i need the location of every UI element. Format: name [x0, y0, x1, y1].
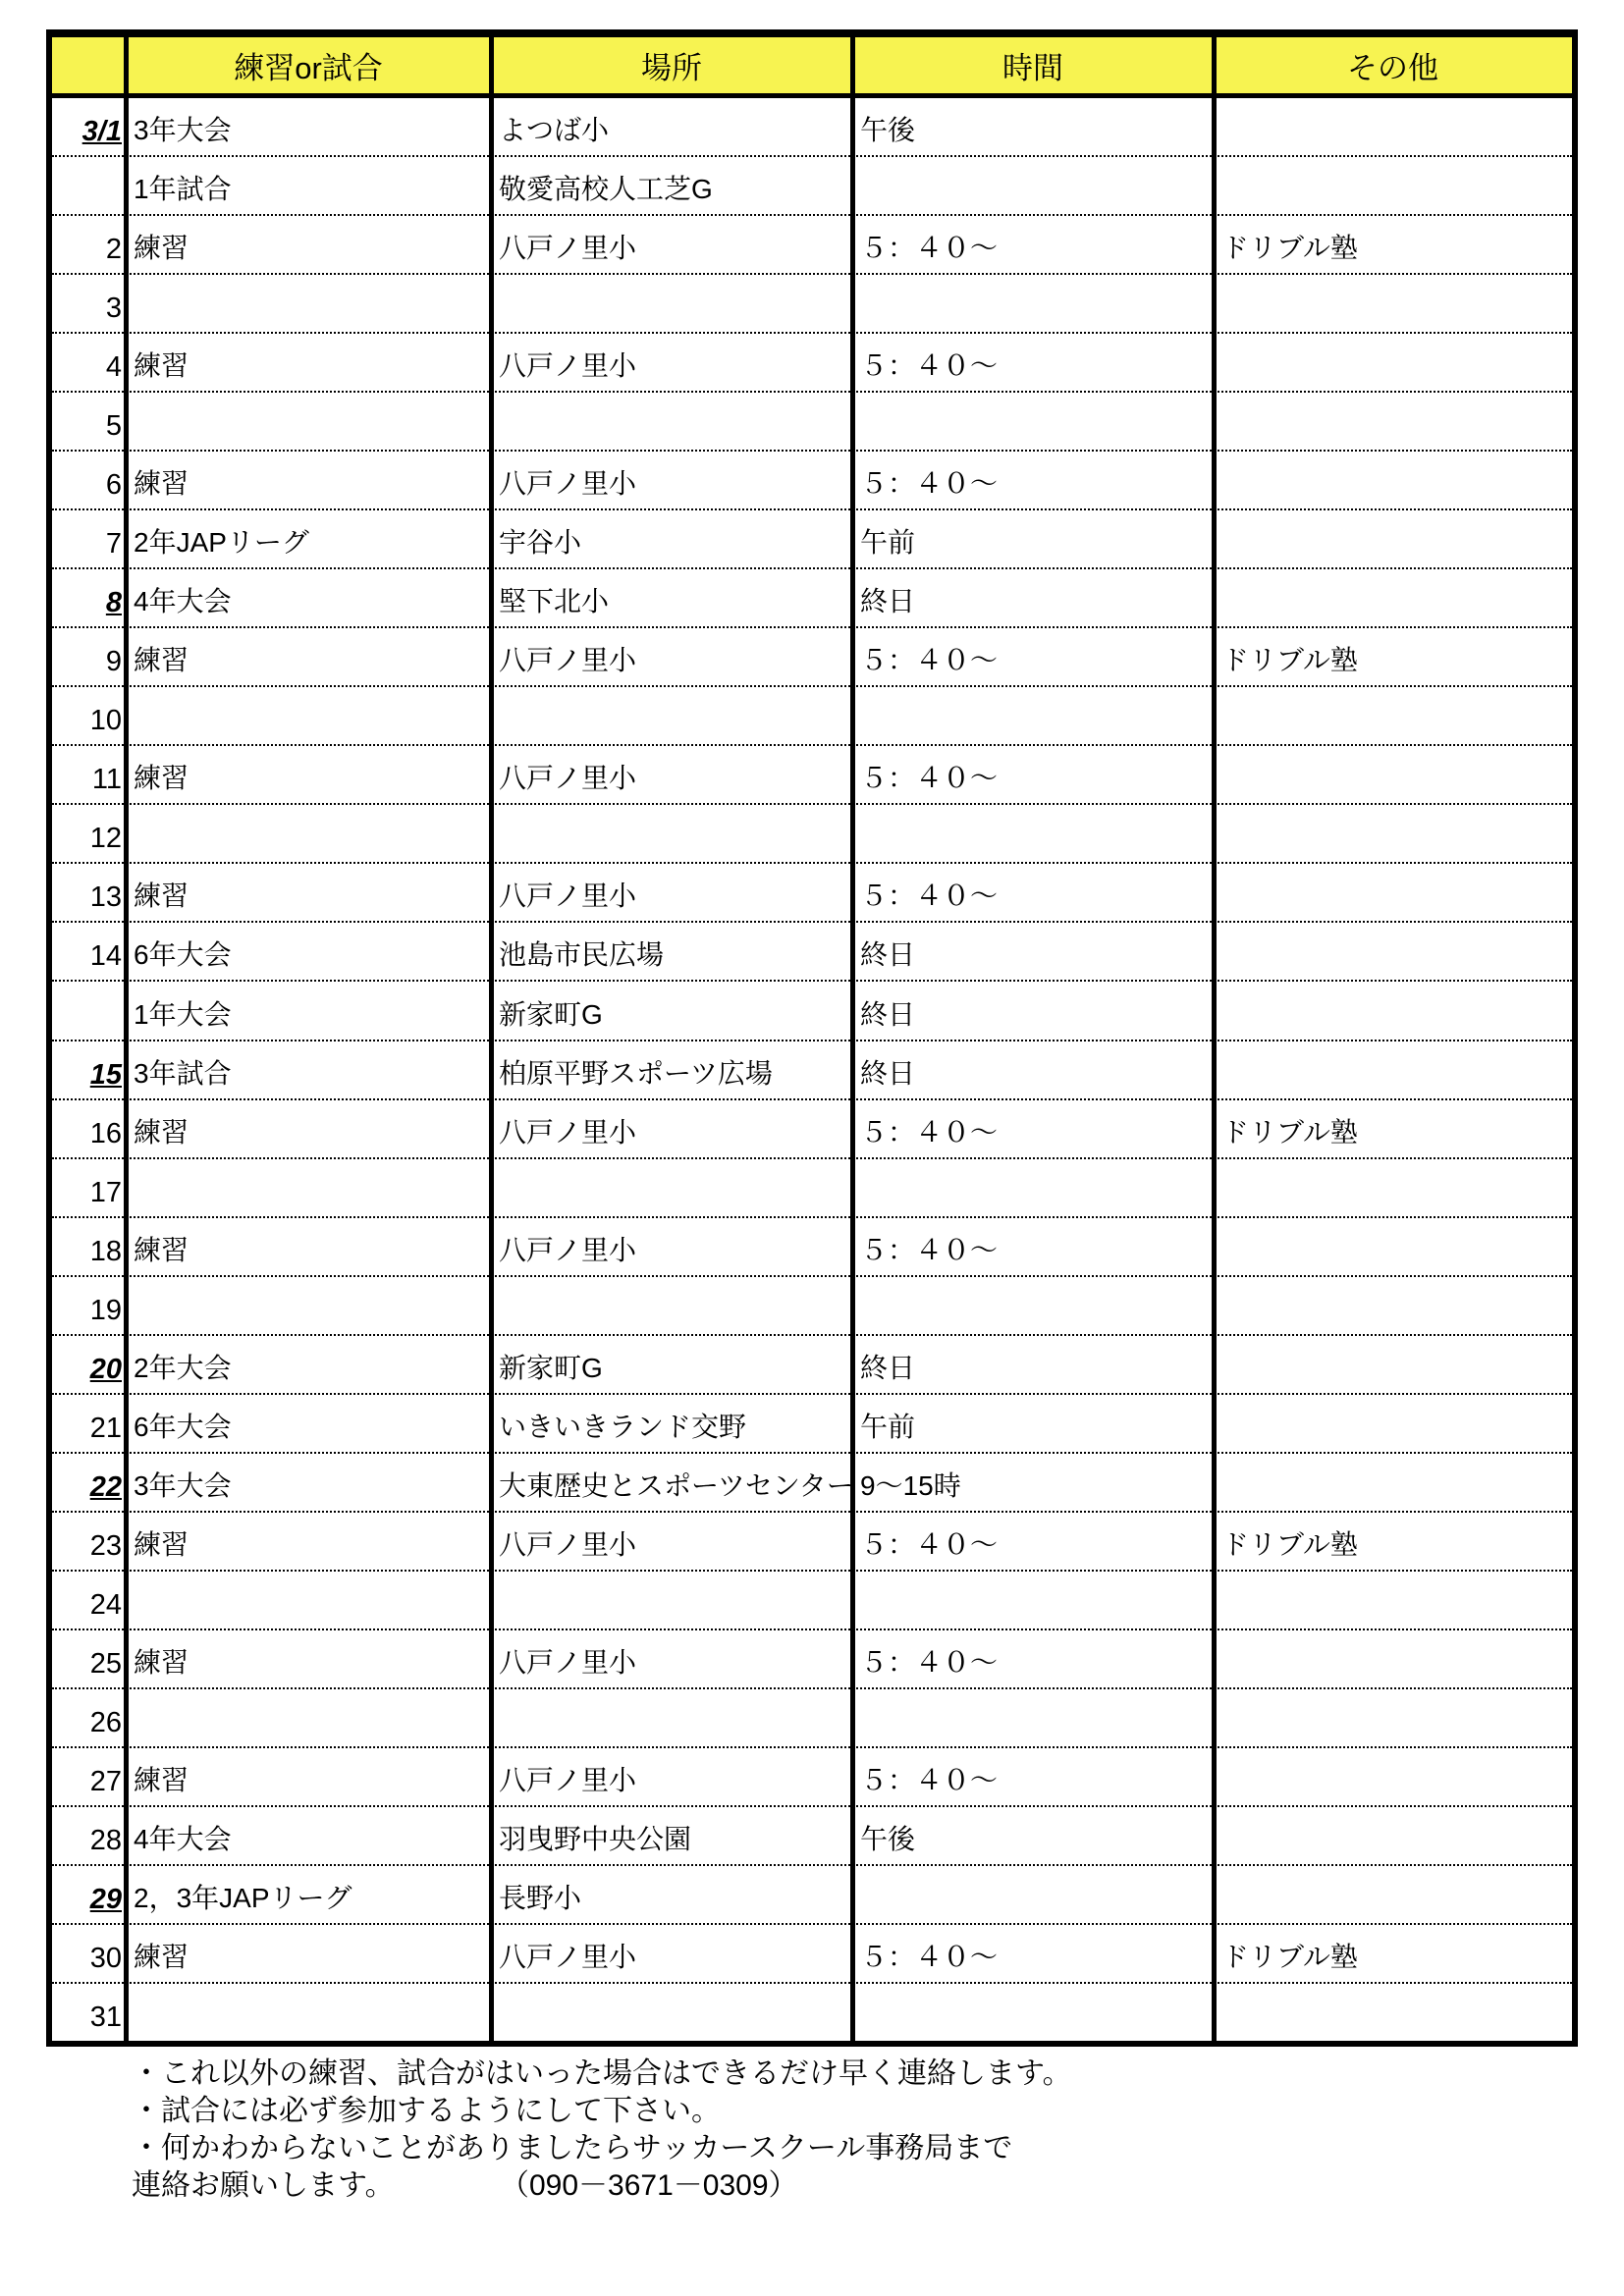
table-row: 12 — [52, 805, 1572, 864]
other-cell — [1214, 1218, 1572, 1275]
header-place-column: 場所 — [491, 37, 852, 93]
table-row: 15 3年試合 柏原平野スポーツ広場 終日 — [52, 1041, 1572, 1100]
other-cell — [1214, 510, 1572, 567]
table-row: 19 — [52, 1277, 1572, 1336]
place-cell: 宇谷小 — [491, 510, 852, 567]
day-cell: 29 — [52, 1866, 126, 1923]
day-cell: 28 — [52, 1807, 126, 1864]
place-cell — [491, 1689, 852, 1746]
table-row: 31 — [52, 1984, 1572, 2041]
footer-note: ・試合には必ず参加するようにして下さい。 — [132, 2093, 1506, 2130]
place-cell: 八戸ノ里小 — [491, 1925, 852, 1982]
time-cell: ５：４０～ — [852, 334, 1214, 391]
table-row: 7 2年JAPリーグ 宇谷小 午前 — [52, 510, 1572, 569]
table-row: 29 2，3年JAPリーグ 長野小 — [52, 1866, 1572, 1925]
table-row: 25 練習 八戸ノ里小 ５：４０～ — [52, 1630, 1572, 1689]
table-row: 1年大会 新家町G 終日 — [52, 982, 1572, 1041]
column-divider — [489, 37, 494, 2041]
place-cell: 新家町G — [491, 1336, 852, 1393]
other-cell — [1214, 1454, 1572, 1511]
column-divider — [850, 37, 855, 2041]
time-cell: ５：４０～ — [852, 1925, 1214, 1982]
table-row: 28 4年大会 羽曳野中央公園 午後 — [52, 1807, 1572, 1866]
table-row: 8 4年大会 堅下北小 終日 — [52, 569, 1572, 628]
place-cell: 大東歴史とスポーツセンター — [491, 1454, 852, 1511]
place-cell: 八戸ノ里小 — [491, 1630, 852, 1687]
place-cell: 八戸ノ里小 — [491, 746, 852, 803]
event-cell: 練習 — [126, 1100, 491, 1157]
day-cell: 2 — [52, 216, 126, 273]
table-row: 3/1 3年大会 よつば小 午後 — [52, 98, 1572, 157]
other-cell: ドリブル塾 — [1214, 216, 1572, 273]
time-cell — [852, 393, 1214, 450]
column-divider — [1212, 37, 1217, 2041]
footer-notes-list: ・これ以外の練習、試合がはいった場合はできるだけ早く連絡します。・試合には必ず参… — [132, 2056, 1506, 2167]
other-cell — [1214, 982, 1572, 1039]
other-cell — [1214, 746, 1572, 803]
day-cell: 3 — [52, 275, 126, 332]
day-cell: 21 — [52, 1395, 126, 1452]
time-cell — [852, 275, 1214, 332]
table-header: 練習or試合 場所 時間 その他 — [52, 37, 1572, 98]
event-cell: 2年JAPリーグ — [126, 510, 491, 567]
footer-note: ・これ以外の練習、試合がはいった場合はできるだけ早く連絡します。 — [132, 2056, 1506, 2093]
table-row: 24 — [52, 1572, 1572, 1630]
other-cell — [1214, 569, 1572, 626]
table-row: 16 練習 八戸ノ里小 ５：４０～ ドリブル塾 — [52, 1100, 1572, 1159]
table-row: 4 練習 八戸ノ里小 ５：４０～ — [52, 334, 1572, 393]
place-cell: 新家町G — [491, 982, 852, 1039]
event-cell — [126, 275, 491, 332]
event-cell: 練習 — [126, 864, 491, 921]
time-cell: ５：４０～ — [852, 1218, 1214, 1275]
other-cell — [1214, 1277, 1572, 1334]
other-cell — [1214, 1041, 1572, 1098]
event-cell — [126, 1277, 491, 1334]
place-cell — [491, 687, 852, 744]
other-cell: ドリブル塾 — [1214, 1925, 1572, 1982]
table-row: 11 練習 八戸ノ里小 ５：４０～ — [52, 746, 1572, 805]
other-cell — [1214, 98, 1572, 155]
place-cell: 八戸ノ里小 — [491, 1513, 852, 1570]
day-cell: 7 — [52, 510, 126, 567]
place-cell: 八戸ノ里小 — [491, 628, 852, 685]
table-row: 3 — [52, 275, 1572, 334]
place-cell: 八戸ノ里小 — [491, 452, 852, 508]
place-cell: 池島市民広場 — [491, 923, 852, 980]
footer-contact-line: 連絡お願いします。 （090－3671－0309） — [132, 2167, 1506, 2205]
other-cell — [1214, 1689, 1572, 1746]
event-cell: 練習 — [126, 746, 491, 803]
day-cell: 16 — [52, 1100, 126, 1157]
table-row: 14 6年大会 池島市民広場 終日 — [52, 923, 1572, 982]
event-cell: 練習 — [126, 1925, 491, 1982]
day-cell: 14 — [52, 923, 126, 980]
event-cell: 6年大会 — [126, 923, 491, 980]
other-cell — [1214, 1572, 1572, 1629]
event-cell — [126, 393, 491, 450]
other-cell — [1214, 1395, 1572, 1452]
header-time-column: 時間 — [852, 37, 1214, 93]
column-divider — [124, 37, 129, 2041]
time-cell: ５：４０～ — [852, 216, 1214, 273]
time-cell: 午後 — [852, 1807, 1214, 1864]
other-cell — [1214, 864, 1572, 921]
other-cell: ドリブル塾 — [1214, 1100, 1572, 1157]
table-row: 10 — [52, 687, 1572, 746]
event-cell: 練習 — [126, 216, 491, 273]
event-cell — [126, 805, 491, 862]
place-cell: 堅下北小 — [491, 569, 852, 626]
place-cell: 八戸ノ里小 — [491, 1100, 852, 1157]
time-cell: ５：４０～ — [852, 1748, 1214, 1805]
day-cell: 15 — [52, 1041, 126, 1098]
place-cell: 八戸ノ里小 — [491, 1748, 852, 1805]
time-cell: ５：４０～ — [852, 864, 1214, 921]
time-cell — [852, 1984, 1214, 2041]
other-cell: ドリブル塾 — [1214, 1513, 1572, 1570]
other-cell — [1214, 1984, 1572, 2041]
event-cell: 練習 — [126, 628, 491, 685]
other-cell — [1214, 275, 1572, 332]
footer-phone-number: （090－3671－0309） — [500, 2167, 798, 2205]
place-cell — [491, 1572, 852, 1629]
table-row: 2 練習 八戸ノ里小 ５：４０～ ドリブル塾 — [52, 216, 1572, 275]
time-cell: 終日 — [852, 923, 1214, 980]
place-cell — [491, 805, 852, 862]
table-row: 9 練習 八戸ノ里小 ５：４０～ ドリブル塾 — [52, 628, 1572, 687]
place-cell: よつば小 — [491, 98, 852, 155]
time-cell: 9～15時 — [852, 1454, 1214, 1511]
table-row: 30 練習 八戸ノ里小 ５：４０～ ドリブル塾 — [52, 1925, 1572, 1984]
day-cell — [52, 982, 126, 1039]
other-cell — [1214, 1630, 1572, 1687]
table-row: 27 練習 八戸ノ里小 ５：４０～ — [52, 1748, 1572, 1807]
day-cell: 18 — [52, 1218, 126, 1275]
day-cell: 26 — [52, 1689, 126, 1746]
event-cell: 3年大会 — [126, 98, 491, 155]
other-cell — [1214, 1807, 1572, 1864]
time-cell — [852, 1159, 1214, 1216]
time-cell: 午後 — [852, 98, 1214, 155]
time-cell: ５：４０～ — [852, 452, 1214, 508]
event-cell: 練習 — [126, 1513, 491, 1570]
time-cell: ５：４０～ — [852, 746, 1214, 803]
day-cell: 8 — [52, 569, 126, 626]
day-cell: 13 — [52, 864, 126, 921]
other-cell — [1214, 393, 1572, 450]
day-cell: 22 — [52, 1454, 126, 1511]
time-cell — [852, 1866, 1214, 1923]
day-cell: 3/1 — [52, 98, 126, 155]
other-cell: ドリブル塾 — [1214, 628, 1572, 685]
day-cell: 11 — [52, 746, 126, 803]
event-cell: 練習 — [126, 1748, 491, 1805]
place-cell: 八戸ノ里小 — [491, 334, 852, 391]
day-cell: 30 — [52, 1925, 126, 1982]
other-cell — [1214, 334, 1572, 391]
time-cell: ５：４０～ — [852, 1513, 1214, 1570]
time-cell: 終日 — [852, 1041, 1214, 1098]
day-cell: 10 — [52, 687, 126, 744]
other-cell — [1214, 1748, 1572, 1805]
place-cell: 八戸ノ里小 — [491, 1218, 852, 1275]
table-row: 17 — [52, 1159, 1572, 1218]
place-cell: 敬愛高校人工芝G — [491, 157, 852, 214]
time-cell: 午前 — [852, 1395, 1214, 1452]
footer-note: ・何かわからないことがありましたらサッカースクール事務局まで — [132, 2130, 1506, 2167]
event-cell: 4年大会 — [126, 569, 491, 626]
schedule-sheet: 練習or試合 場所 時間 その他 3/1 3年大会 よつば小 午後 1年試合 敬… — [0, 0, 1624, 2296]
other-cell — [1214, 923, 1572, 980]
event-cell — [126, 687, 491, 744]
footer-contact-text: 連絡お願いします。 — [132, 2169, 395, 2202]
day-cell: 9 — [52, 628, 126, 685]
place-cell: 羽曳野中央公園 — [491, 1807, 852, 1864]
other-cell — [1214, 687, 1572, 744]
day-cell: 25 — [52, 1630, 126, 1687]
other-cell — [1214, 805, 1572, 862]
other-cell — [1214, 1866, 1572, 1923]
event-cell: 練習 — [126, 334, 491, 391]
event-cell: 3年試合 — [126, 1041, 491, 1098]
footer-notes: ・これ以外の練習、試合がはいった場合はできるだけ早く連絡します。・試合には必ず参… — [132, 2056, 1506, 2205]
schedule-rows: 3/1 3年大会 よつば小 午後 1年試合 敬愛高校人工芝G 2 練習 八戸ノ里… — [52, 98, 1572, 2041]
event-cell: 2年大会 — [126, 1336, 491, 1393]
place-cell — [491, 1159, 852, 1216]
time-cell: 午前 — [852, 510, 1214, 567]
schedule-table: 練習or試合 場所 時間 その他 3/1 3年大会 よつば小 午後 1年試合 敬… — [46, 29, 1578, 2047]
event-cell: 1年試合 — [126, 157, 491, 214]
day-cell: 20 — [52, 1336, 126, 1393]
place-cell: 八戸ノ里小 — [491, 216, 852, 273]
table-row: 1年試合 敬愛高校人工芝G — [52, 157, 1572, 216]
event-cell: 練習 — [126, 1218, 491, 1275]
time-cell: 終日 — [852, 569, 1214, 626]
place-cell — [491, 393, 852, 450]
time-cell — [852, 1689, 1214, 1746]
day-cell: 17 — [52, 1159, 126, 1216]
event-cell: 練習 — [126, 452, 491, 508]
time-cell — [852, 687, 1214, 744]
event-cell — [126, 1689, 491, 1746]
day-cell: 19 — [52, 1277, 126, 1334]
table-row: 23 練習 八戸ノ里小 ５：４０～ ドリブル塾 — [52, 1513, 1572, 1572]
time-cell: ５：４０～ — [852, 628, 1214, 685]
time-cell — [852, 157, 1214, 214]
place-cell — [491, 1277, 852, 1334]
day-cell: 4 — [52, 334, 126, 391]
time-cell — [852, 1572, 1214, 1629]
place-cell — [491, 1984, 852, 2041]
event-cell: 2，3年JAPリーグ — [126, 1866, 491, 1923]
time-cell: 終日 — [852, 982, 1214, 1039]
day-cell: 24 — [52, 1572, 126, 1629]
day-cell: 31 — [52, 1984, 126, 2041]
day-cell: 27 — [52, 1748, 126, 1805]
place-cell: 柏原平野スポーツ広場 — [491, 1041, 852, 1098]
day-cell: 12 — [52, 805, 126, 862]
event-cell: 練習 — [126, 1630, 491, 1687]
day-cell — [52, 157, 126, 214]
table-row: 5 — [52, 393, 1572, 452]
table-row: 18 練習 八戸ノ里小 ５：４０～ — [52, 1218, 1572, 1277]
place-cell: いきいきランド交野 — [491, 1395, 852, 1452]
event-cell — [126, 1572, 491, 1629]
time-cell: ５：４０～ — [852, 1100, 1214, 1157]
day-cell: 6 — [52, 452, 126, 508]
other-cell — [1214, 157, 1572, 214]
table-row: 22 3年大会 大東歴史とスポーツセンター 9～15時 — [52, 1454, 1572, 1513]
table-row: 26 — [52, 1689, 1572, 1748]
time-cell — [852, 805, 1214, 862]
header-other-column: その他 — [1214, 37, 1572, 93]
header-day-column — [52, 37, 126, 93]
time-cell: ５：４０～ — [852, 1630, 1214, 1687]
event-cell — [126, 1984, 491, 2041]
event-cell: 4年大会 — [126, 1807, 491, 1864]
table-row: 13 練習 八戸ノ里小 ５：４０～ — [52, 864, 1572, 923]
place-cell: 八戸ノ里小 — [491, 864, 852, 921]
place-cell: 長野小 — [491, 1866, 852, 1923]
event-cell: 6年大会 — [126, 1395, 491, 1452]
table-row: 6 練習 八戸ノ里小 ５：４０～ — [52, 452, 1572, 510]
other-cell — [1214, 1336, 1572, 1393]
event-cell: 1年大会 — [126, 982, 491, 1039]
time-cell: 終日 — [852, 1336, 1214, 1393]
event-cell: 3年大会 — [126, 1454, 491, 1511]
header-event-column: 練習or試合 — [126, 37, 491, 93]
other-cell — [1214, 1159, 1572, 1216]
table-row: 20 2年大会 新家町G 終日 — [52, 1336, 1572, 1395]
day-cell: 23 — [52, 1513, 126, 1570]
table-row: 21 6年大会 いきいきランド交野 午前 — [52, 1395, 1572, 1454]
day-cell: 5 — [52, 393, 126, 450]
place-cell — [491, 275, 852, 332]
other-cell — [1214, 452, 1572, 508]
time-cell — [852, 1277, 1214, 1334]
event-cell — [126, 1159, 491, 1216]
